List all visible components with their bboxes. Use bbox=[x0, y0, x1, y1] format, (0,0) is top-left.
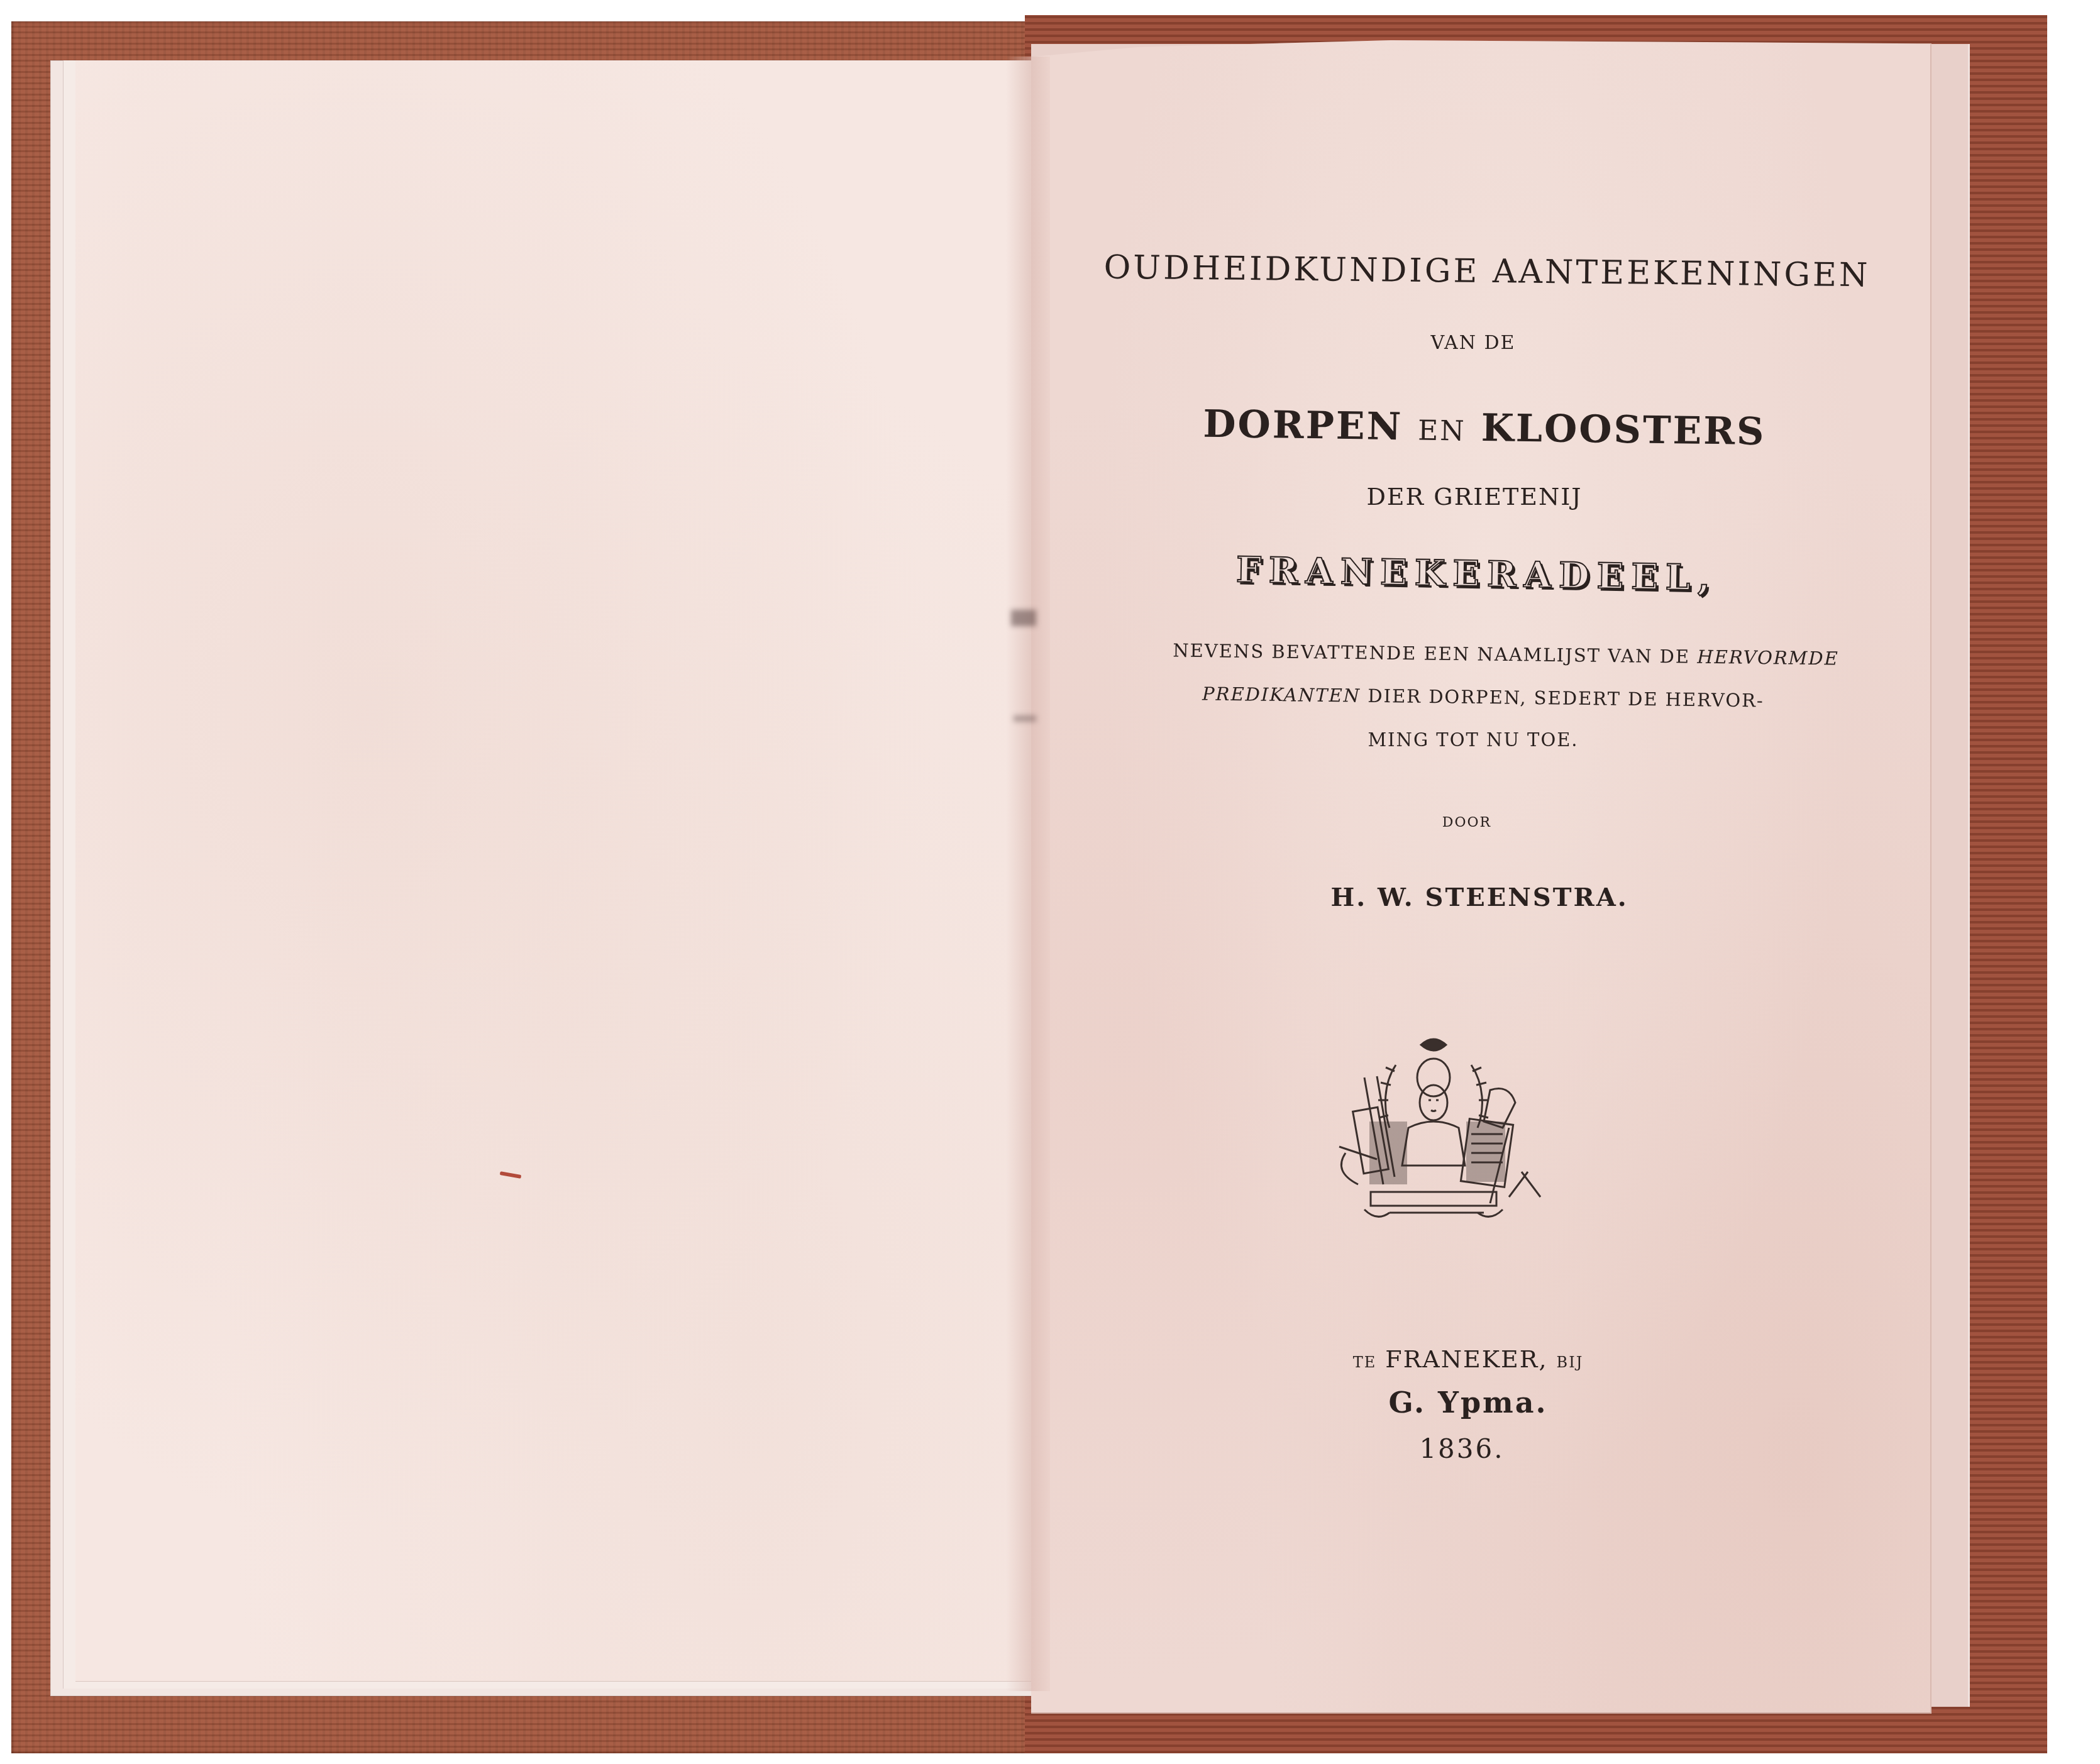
title-page-content: OUDHEIDKUNDIGE AANTEEKENINGEN VAN DE DOR… bbox=[1031, 0, 1930, 1764]
imprint-te: TE bbox=[1353, 1353, 1377, 1371]
subtitle-hervormde: HERVORMDE bbox=[1697, 646, 1839, 670]
left-blank-page bbox=[75, 60, 1031, 1682]
title-en: EN bbox=[1418, 415, 1466, 448]
subtitle-line-3: MING TOT NU TOE. bbox=[1024, 729, 1923, 751]
imprint-franeker: FRANEKER, bbox=[1385, 1345, 1547, 1373]
author-name: H. W. STEENSTRA. bbox=[1030, 883, 1929, 912]
subtitle-line-2-text: DIER DORPEN, SEDERT DE HERVOR- bbox=[1361, 685, 1764, 712]
imprint-place: TE FRANEKER, BIJ bbox=[1019, 1345, 1918, 1373]
subtitle-line-1: NEVENS BEVATTENDE EEN NAAMLIJST VAN DE H… bbox=[1056, 638, 1955, 670]
title-franekeradeel: FRANEKERADEEL, bbox=[1027, 546, 1927, 603]
imprint-bij: BIJ bbox=[1557, 1353, 1584, 1371]
title-der-grietenij: DER GRIETENIJ bbox=[1025, 483, 1924, 510]
publisher-name: G. Ypma. bbox=[1019, 1386, 1918, 1419]
title-kloosters: KLOOSTERS bbox=[1481, 406, 1766, 454]
by-label: DOOR bbox=[1017, 815, 1916, 830]
subtitle-line-1-text: NEVENS BEVATTENDE EEN NAAMLIJST VAN DE bbox=[1173, 640, 1697, 668]
title-dorpen: DORPEN bbox=[1203, 402, 1403, 449]
subtitle-predikanten: PREDIKANTEN bbox=[1202, 683, 1361, 707]
printers-ornament-icon bbox=[1320, 1027, 1547, 1241]
title-main: OUDHEIDKUNDIGE AANTEEKENINGEN bbox=[1037, 248, 1937, 295]
title-dorpen-en-kloosters: DORPEN EN KLOOSTERS bbox=[1035, 400, 1935, 456]
subtitle-line-2: PREDIKANTEN DIER DORPEN, SEDERT DE HERVO… bbox=[1034, 681, 1933, 713]
publication-year: 1836. bbox=[1012, 1433, 1911, 1464]
title-van-de: VAN DE bbox=[1024, 332, 1923, 354]
